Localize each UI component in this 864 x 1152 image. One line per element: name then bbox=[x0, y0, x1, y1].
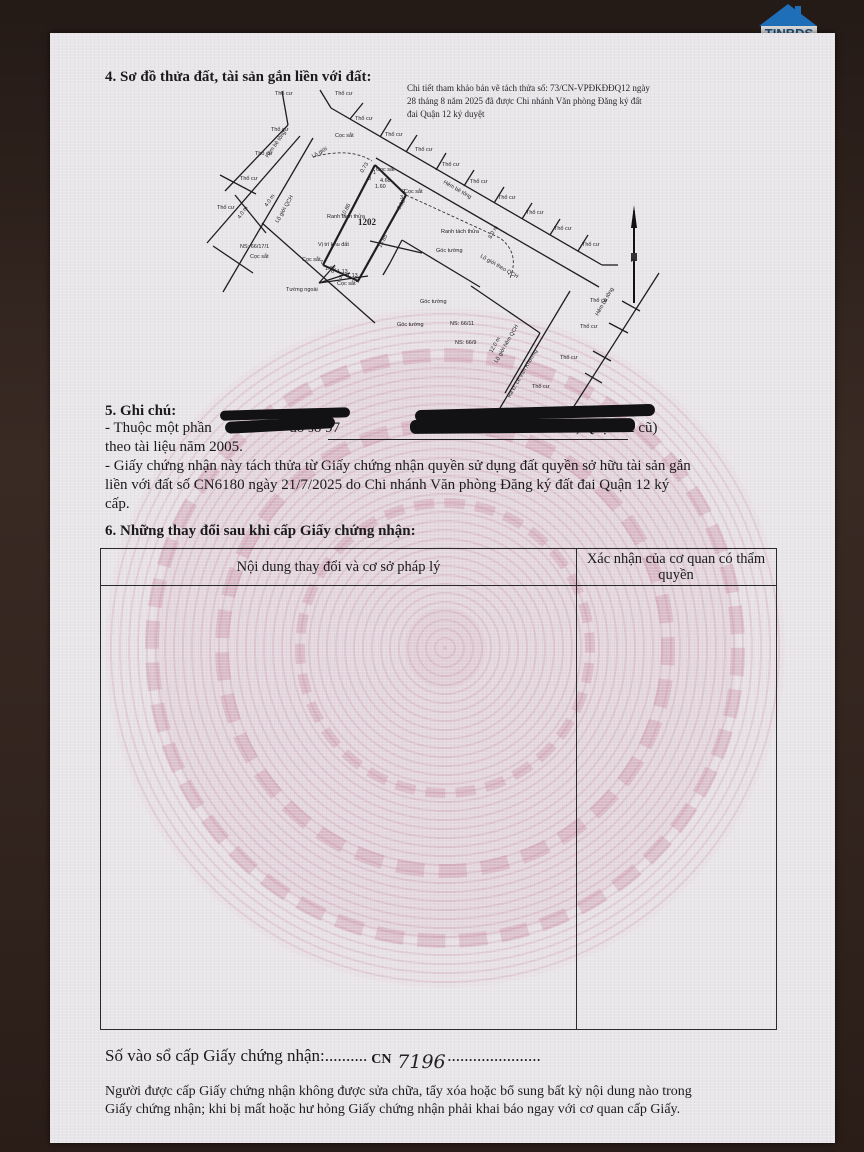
svg-text:8: 8 bbox=[368, 176, 371, 182]
svg-text:Thổ cư: Thổ cư bbox=[582, 241, 600, 248]
svg-text:Cọc sắt: Cọc sắt bbox=[302, 256, 321, 263]
svg-text:Thổ cư: Thổ cư bbox=[560, 354, 578, 361]
svg-text:1.36: 1.36 bbox=[325, 266, 336, 272]
svg-text:15.85: 15.85 bbox=[377, 234, 389, 249]
svg-text:Thổ cư: Thổ cư bbox=[271, 126, 289, 133]
redaction-underline bbox=[328, 439, 628, 440]
footer-line: Giấy chứng nhận; khi bị mất hoặc hư hỏng… bbox=[105, 1101, 692, 1119]
svg-text:NS: 66/17/1: NS: 66/17/1 bbox=[240, 244, 269, 250]
house-roof-icon bbox=[759, 4, 817, 26]
svg-text:N: N bbox=[631, 258, 635, 264]
svg-text:Ranh tách thửa: Ranh tách thửa bbox=[441, 228, 480, 235]
svg-text:NS: 66/9: NS: 66/9 bbox=[455, 340, 476, 346]
svg-text:1: 1 bbox=[373, 170, 376, 176]
north-arrow-icon bbox=[631, 205, 637, 303]
table-header-divider bbox=[101, 585, 776, 586]
note-line-3: - Giấy chứng nhận này tách thửa từ Giấy … bbox=[105, 457, 691, 476]
changes-content-cell[interactable] bbox=[101, 587, 575, 1029]
svg-text:Ra Đ. Lê Văn Khương: Ra Đ. Lê Văn Khương bbox=[507, 349, 540, 399]
svg-text:Thổ cư: Thổ cư bbox=[217, 204, 235, 211]
parcel-map-diagram: Thổ cư Thổ cư Thổ cư Thổ cư Thổ cư Thổ c… bbox=[50, 33, 835, 413]
svg-text:Cọc sắt: Cọc sắt bbox=[250, 253, 269, 260]
svg-text:Cọc sắt: Cọc sắt bbox=[337, 280, 356, 287]
registry-label: Số vào sổ cấp Giấy chứng nhận: bbox=[105, 1046, 325, 1065]
svg-text:Thổ cư: Thổ cư bbox=[442, 161, 460, 168]
svg-text:Cọc sắt: Cọc sắt bbox=[335, 132, 354, 139]
section-5-title: 5. Ghi chú: bbox=[105, 403, 176, 420]
svg-text:5: 5 bbox=[339, 275, 342, 281]
svg-text:Góc tường: Góc tường bbox=[420, 299, 447, 305]
svg-text:Tường ngoài: Tường ngoài bbox=[286, 287, 318, 293]
footer-warning: Người được cấp Giấy chứng nhận không đượ… bbox=[105, 1083, 692, 1119]
land-certificate-page: 4. Sơ đồ thửa đất, tài sản gắn liền với … bbox=[50, 33, 835, 1143]
note-text: - Thuộc một phần bbox=[105, 420, 212, 436]
note-line-4: liền với đất số CN6180 ngày 21/7/2025 do… bbox=[105, 476, 669, 495]
svg-text:0.73: 0.73 bbox=[360, 162, 371, 174]
registry-number-line: Số vào sổ cấp Giấy chứng nhận:..........… bbox=[105, 1046, 541, 1066]
svg-text:Thổ cư: Thổ cư bbox=[554, 225, 572, 232]
svg-text:8.0 m: 8.0 m bbox=[488, 225, 500, 240]
confirmation-cell[interactable] bbox=[578, 587, 776, 1029]
svg-text:4.0 m: 4.0 m bbox=[264, 193, 277, 208]
note-line-2: theo tài liệu năm 2005. bbox=[105, 438, 243, 457]
svg-text:Vị trí khu đất: Vị trí khu đất bbox=[318, 242, 349, 248]
svg-text:1.13: 1.13 bbox=[347, 273, 358, 279]
svg-text:Thổ cư: Thổ cư bbox=[355, 115, 373, 122]
svg-text:Cọc sắt: Cọc sắt bbox=[404, 188, 423, 195]
changes-table: Nội dung thay đổi và cơ sở pháp lý Xác n… bbox=[100, 548, 777, 1030]
svg-text:Thổ cư: Thổ cư bbox=[532, 383, 550, 390]
svg-text:Góc tường: Góc tường bbox=[436, 248, 463, 254]
svg-text:4: 4 bbox=[356, 279, 359, 285]
table-header-confirmation: Xác nhận của cơ quan có thẩm quyền bbox=[586, 551, 766, 583]
svg-text:Thổ cư: Thổ cư bbox=[526, 209, 544, 216]
svg-text:Thổ cư: Thổ cư bbox=[470, 178, 488, 185]
svg-text:Thổ cư: Thổ cư bbox=[275, 90, 293, 97]
svg-text:NS: 66/11: NS: 66/11 bbox=[450, 321, 474, 327]
svg-text:Thổ cư: Thổ cư bbox=[498, 194, 516, 201]
table-header-changes: Nội dung thay đổi và cơ sở pháp lý bbox=[101, 559, 576, 575]
svg-text:Thổ cư: Thổ cư bbox=[240, 175, 258, 182]
section-6-title: 6. Những thay đổi sau khi cấp Giấy chứng… bbox=[105, 523, 416, 540]
svg-text:Thổ cư: Thổ cư bbox=[580, 323, 598, 330]
svg-text:Thổ cư: Thổ cư bbox=[415, 146, 433, 153]
svg-text:Thổ cư: Thổ cư bbox=[385, 131, 403, 138]
svg-text:7: 7 bbox=[320, 260, 323, 266]
house-chimney-icon bbox=[795, 6, 801, 18]
redaction-mark bbox=[410, 418, 635, 434]
registry-handwritten-number: 7196 bbox=[397, 1051, 445, 1073]
svg-text:Cọc sắt: Cọc sắt bbox=[376, 166, 395, 173]
footer-line: Người được cấp Giấy chứng nhận không đượ… bbox=[105, 1083, 692, 1101]
svg-text:1202: 1202 bbox=[358, 217, 377, 227]
svg-text:Thổ cư: Thổ cư bbox=[335, 90, 353, 97]
note-line-5: cấp. bbox=[105, 495, 130, 514]
registry-dots: ...................... bbox=[447, 1046, 541, 1065]
table-column-divider bbox=[576, 549, 577, 1029]
svg-text:Hẻm bê tông: Hẻm bê tông bbox=[442, 180, 472, 201]
svg-text:0.30: 0.30 bbox=[397, 199, 408, 211]
svg-text:1.60: 1.60 bbox=[375, 184, 386, 190]
registry-dots: .......... bbox=[325, 1046, 368, 1065]
registry-prefix: CN bbox=[371, 1052, 391, 1068]
svg-text:Lộ giới: Lộ giới bbox=[311, 146, 329, 160]
svg-text:Góc tường: Góc tường bbox=[397, 322, 424, 328]
